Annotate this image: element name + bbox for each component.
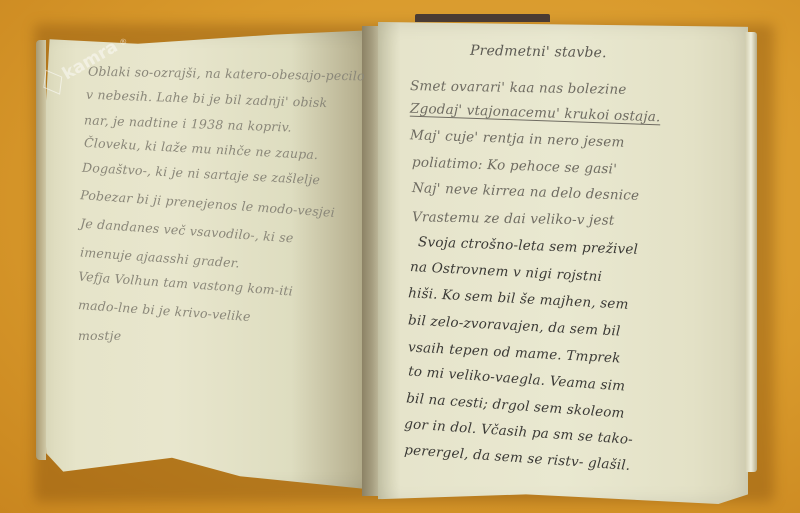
book-spine-tab bbox=[415, 14, 550, 22]
right-page-edge bbox=[745, 32, 757, 472]
page-heading: Predmetni' stavbe. bbox=[470, 43, 607, 61]
photo-scene: Oblaki so-ozrajši, na katero-obesajo-pec… bbox=[0, 0, 800, 513]
left-page-edge bbox=[36, 40, 46, 460]
handwritten-line: mostje bbox=[78, 328, 121, 343]
